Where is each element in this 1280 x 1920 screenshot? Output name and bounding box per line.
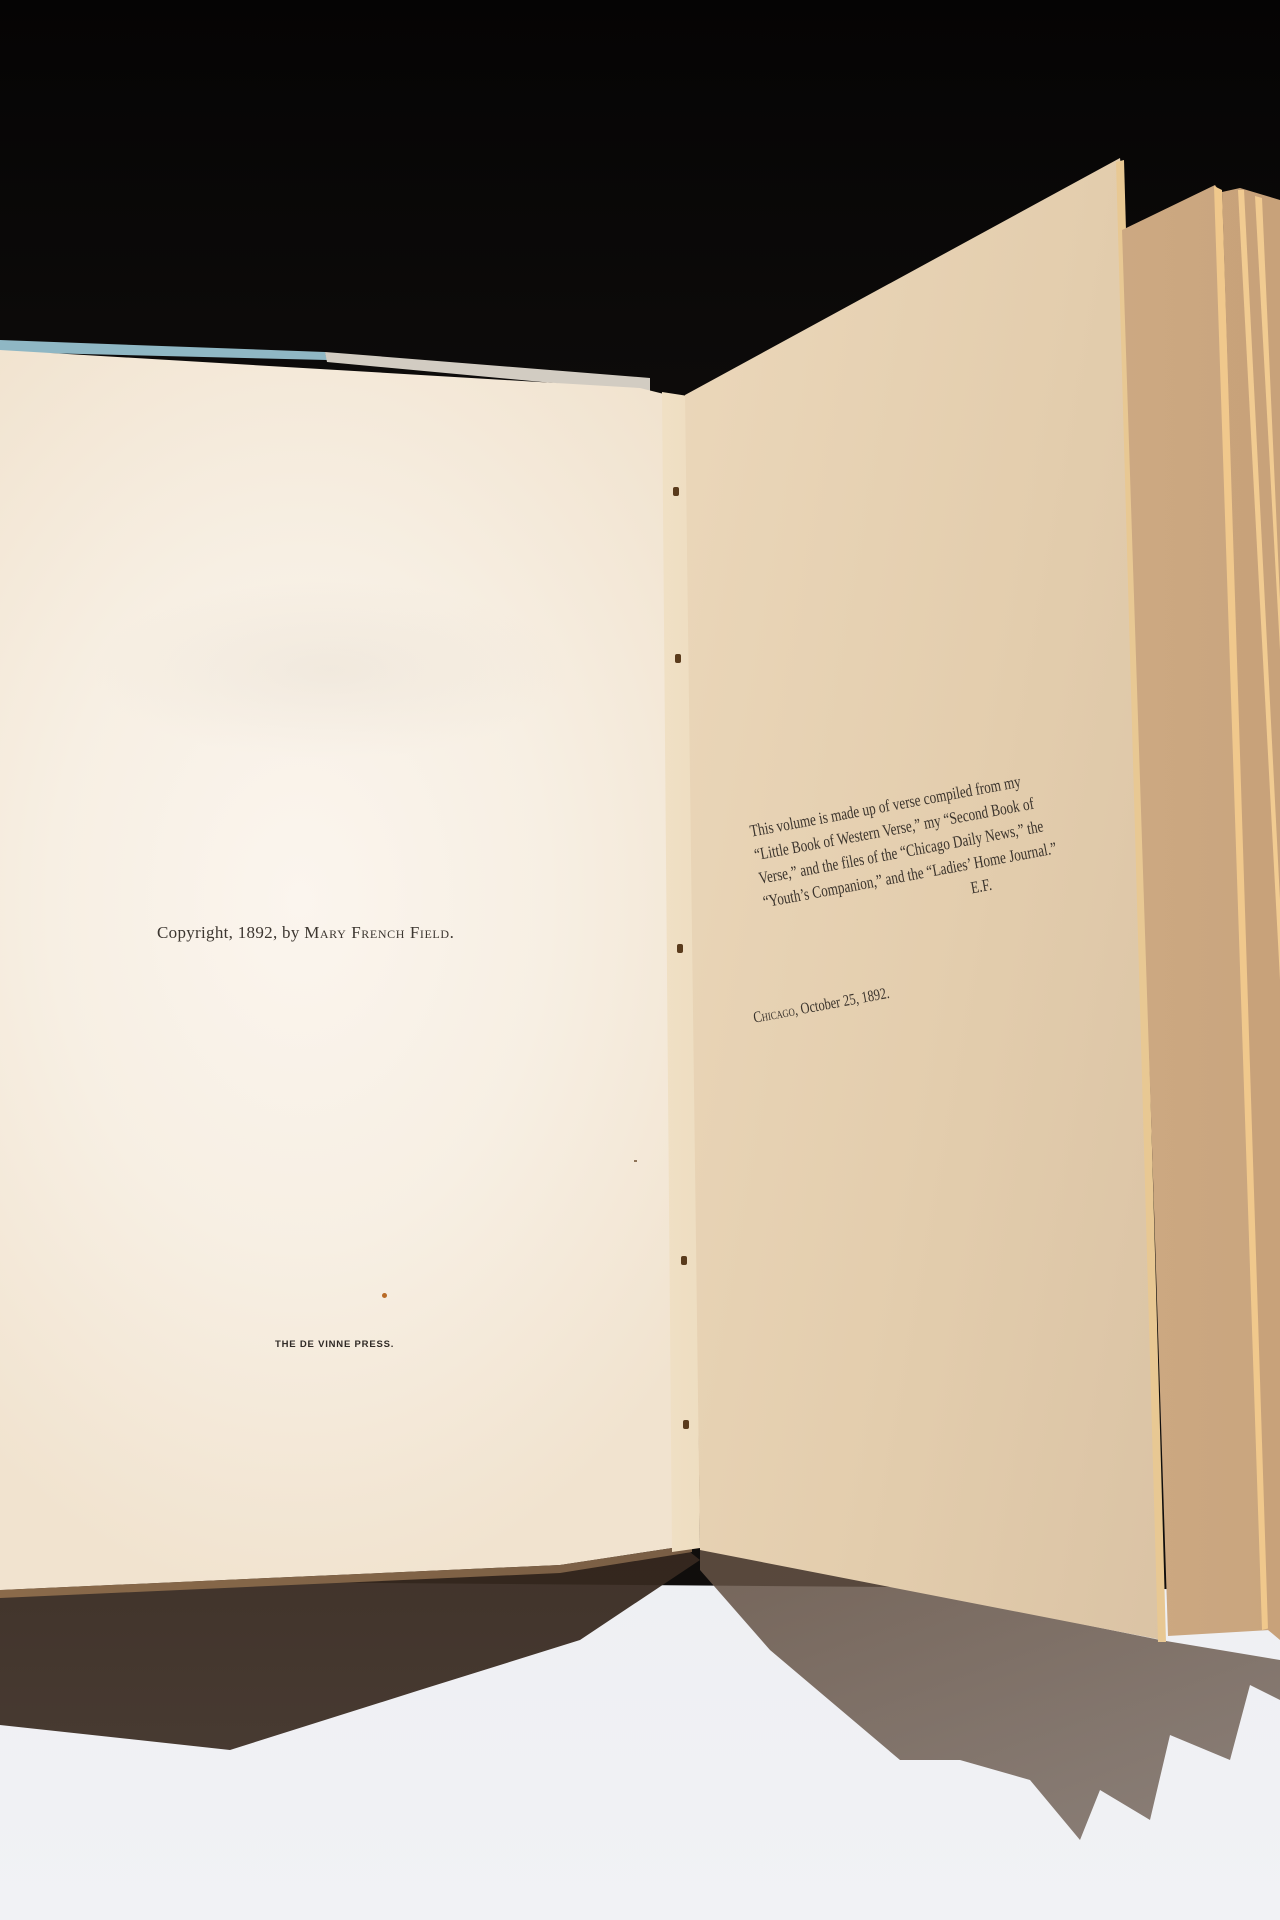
binding-stitch	[673, 487, 679, 496]
binding-stitch	[675, 654, 681, 663]
binding-stitch	[683, 1420, 689, 1429]
copyright-prefix: Copyright, 1892, by	[157, 923, 304, 942]
copyright-notice: Copyright, 1892, by Mary French Field.	[157, 923, 454, 943]
copyright-holder: Mary French Field.	[304, 923, 454, 942]
show-through-ghost-text	[90, 580, 570, 760]
foxing-spot	[382, 1293, 387, 1298]
paper-fleck	[634, 1160, 637, 1162]
press-imprint: THE DE VINNE PRESS.	[275, 1339, 394, 1350]
binding-stitch	[677, 944, 683, 953]
binding-stitch	[681, 1256, 687, 1265]
